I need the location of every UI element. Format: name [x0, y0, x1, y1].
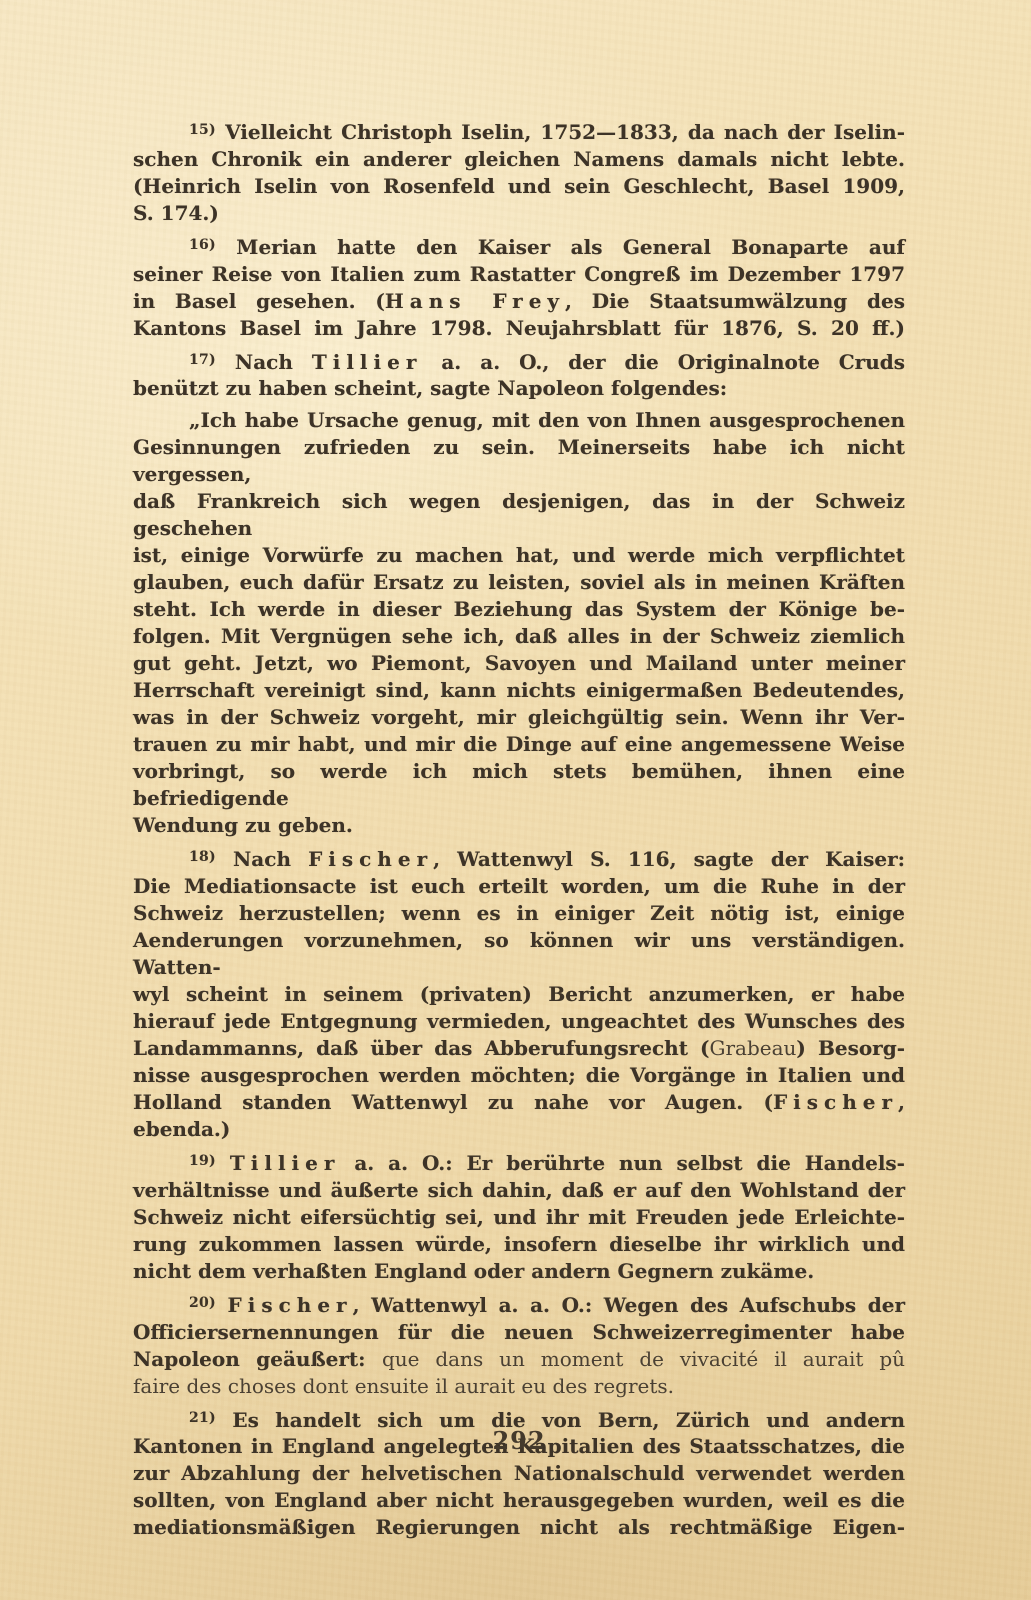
text-line: Napoleon geäußert: que dans un moment de…: [133, 1346, 905, 1373]
text-segment: Fischer: [228, 1293, 353, 1317]
footnote-number: 19): [189, 1153, 216, 1169]
text-line: (Heinrich Iselin von Rosenfeld und sein …: [133, 173, 905, 200]
text-segment: mediationsmäßigen Regierungen nicht als …: [133, 1515, 905, 1539]
text-segment: Landammanns, daß über das Abberufungsrec…: [133, 1036, 710, 1060]
text-segment: Fischer: [773, 1090, 898, 1114]
text-segment: Schweiz herzustellen; wenn es in einiger…: [133, 901, 905, 925]
text-segment: ist, einige Vorwürfe zu machen hat, und …: [133, 543, 905, 567]
text-line: „Ich habe Ursache genug, mit den von Ihn…: [133, 407, 905, 434]
text-segment: trauen zu mir habt, und mir die Dinge au…: [133, 732, 905, 756]
text-line: 18) Nach Fischer, Wattenwyl S. 116, sagt…: [133, 844, 905, 873]
text-segment: rung zukommen lassen würde, insofern die…: [133, 1232, 905, 1256]
text-segment: Merian hatte den Kaiser als General Bona…: [216, 235, 905, 259]
text-line: seiner Reise von Italien zum Rastatter C…: [133, 261, 905, 288]
text-segment: a. a. O., der die Originalnote Cruds: [422, 349, 905, 373]
text-line: Officiersernennungen für die neuen Schwe…: [133, 1319, 905, 1346]
text-segment: schen Chronik ein anderer gleichen Namen…: [133, 147, 905, 171]
text-segment: faire des choses dont ensuite il aurait …: [133, 1374, 674, 1398]
text-segment: Gesinnungen zufrieden zu sein. Meinersei…: [133, 435, 905, 486]
text-line: Die Mediationsacte ist euch erteilt word…: [133, 873, 905, 900]
text-segment: Napoleon geäußert:: [133, 1347, 382, 1371]
text-segment: Officiersernennungen für die neuen Schwe…: [133, 1320, 905, 1344]
text-line: Holland standen Wattenwyl zu nahe vor Au…: [133, 1089, 905, 1143]
text-segment: (Heinrich Iselin von Rosenfeld und sein …: [133, 174, 905, 198]
text-segment: sollten, von England aber nicht herausge…: [133, 1488, 905, 1512]
text-segment: S. 174.): [133, 201, 219, 225]
text-line: 15) Vielleicht Christoph Iselin, 1752—18…: [133, 117, 905, 146]
text-segment: [216, 1151, 230, 1175]
text-segment: Vielleicht Christoph Iselin, 1752—1833, …: [216, 120, 905, 144]
text-line: hierauf jede Entgegnung vermieden, ungea…: [133, 1008, 905, 1035]
text-line: glauben, euch dafür Ersatz zu leisten, s…: [133, 569, 905, 596]
footnotes-text: 15) Vielleicht Christoph Iselin, 1752—18…: [133, 117, 905, 1541]
text-segment: nicht dem verhaßten England oder andern …: [133, 1259, 814, 1283]
text-segment: zur Abzahlung der helvetischen Nationals…: [133, 1461, 905, 1485]
text-segment: que dans un moment de vivacité il aurait…: [382, 1347, 905, 1371]
footnote-number: 16): [189, 237, 216, 253]
text-line: was in der Schweiz vorgeht, mir gleichgü…: [133, 704, 905, 731]
text-segment: Holland standen Wattenwyl zu nahe vor Au…: [133, 1090, 773, 1114]
text-segment: Nach: [216, 847, 308, 871]
text-segment: Schweiz nicht eifersüchtig sei, und ihr …: [133, 1205, 905, 1229]
text-segment: Hans Frey: [385, 289, 565, 313]
text-line: mediationsmäßigen Regierungen nicht als …: [133, 1514, 905, 1541]
text-segment: glauben, euch dafür Ersatz zu leisten, s…: [133, 570, 905, 594]
text-segment: benützt zu haben scheint, sagte Napoleon…: [133, 376, 727, 400]
page-number-container: 292: [133, 1426, 905, 1455]
text-line: Schweiz nicht eifersüchtig sei, und ihr …: [133, 1204, 905, 1231]
footnote-20: 20) Fischer, Wattenwyl a. a. O.: Wegen d…: [133, 1290, 905, 1400]
text-segment: was in der Schweiz vorgeht, mir gleichgü…: [133, 705, 905, 729]
text-line: S. 174.): [133, 200, 905, 227]
text-line: Kantons Basel im Jahre 1798. Neujahrsbla…: [133, 315, 905, 342]
text-line: nicht dem verhaßten England oder andern …: [133, 1258, 905, 1285]
footnote-15: 15) Vielleicht Christoph Iselin, 1752—18…: [133, 117, 905, 227]
text-segment: Tillier: [230, 1151, 341, 1175]
text-segment: , Wattenwyl a. a. O.: Wegen des Aufschub…: [353, 1293, 905, 1317]
text-line: benützt zu haben scheint, sagte Napoleon…: [133, 375, 905, 402]
text-segment: Fischer: [308, 847, 433, 871]
text-segment: hierauf jede Entgegnung vermieden, ungea…: [133, 1009, 905, 1033]
text-segment: , Die Staatsumwälzung des: [565, 289, 905, 313]
text-line: zur Abzahlung der helvetischen Nationals…: [133, 1460, 905, 1487]
footnote-17: 17) Nach Tillier a. a. O., der die Origi…: [133, 347, 905, 403]
text-line: nisse ausgesprochen werden möchten; die …: [133, 1062, 905, 1089]
text-segment: nisse ausgesprochen werden möchten; die …: [133, 1063, 905, 1087]
text-line: schen Chronik ein anderer gleichen Namen…: [133, 146, 905, 173]
text-line: 20) Fischer, Wattenwyl a. a. O.: Wegen d…: [133, 1290, 905, 1319]
page-number: 292: [492, 1426, 545, 1455]
text-line: trauen zu mir habt, und mir die Dinge au…: [133, 731, 905, 758]
text-segment: verhältnisse und äußerte sich dahin, daß…: [133, 1178, 905, 1202]
book-page: 15) Vielleicht Christoph Iselin, 1752—18…: [0, 0, 1031, 1600]
text-segment: steht. Ich werde in dieser Beziehung das…: [133, 597, 905, 621]
text-segment: Herrschaft vereinigt sind, kann nichts e…: [133, 678, 905, 702]
text-line: Schweiz herzustellen; wenn es in einiger…: [133, 900, 905, 927]
text-segment: seiner Reise von Italien zum Rastatter C…: [133, 262, 905, 286]
text-line: faire des choses dont ensuite il aurait …: [133, 1373, 905, 1400]
text-line: vorbringt, so werde ich mich stets bemüh…: [133, 758, 905, 812]
text-segment: [216, 1293, 228, 1317]
text-segment: Die Mediationsacte ist euch erteilt word…: [133, 874, 905, 898]
text-segment: Wendung zu geben.: [133, 813, 353, 837]
text-line: rung zukommen lassen würde, insofern die…: [133, 1231, 905, 1258]
text-segment: , Wattenwyl S. 116, sagte der Kaiser:: [433, 847, 905, 871]
footnote-21: 21) Es handelt sich um die von Bern, Zür…: [133, 1405, 905, 1542]
text-line: daß Frankreich sich wegen desjenigen, da…: [133, 488, 905, 542]
text-line: steht. Ich werde in dieser Beziehung das…: [133, 596, 905, 623]
text-line: gut geht. Jetzt, wo Piemont, Savoyen und…: [133, 650, 905, 677]
text-line: sollten, von England aber nicht herausge…: [133, 1487, 905, 1514]
text-segment: Grabeau: [710, 1036, 797, 1060]
text-line: 17) Nach Tillier a. a. O., der die Origi…: [133, 347, 905, 376]
footnote-16: 16) Merian hatte den Kaiser als General …: [133, 232, 905, 342]
text-segment: gut geht. Jetzt, wo Piemont, Savoyen und…: [133, 651, 905, 675]
text-segment: Nach: [216, 349, 312, 373]
text-line: wyl scheint in seinem (privaten) Bericht…: [133, 981, 905, 1008]
text-line: 19) Tillier a. a. O.: Er berührte nun se…: [133, 1148, 905, 1177]
text-line: verhältnisse und äußerte sich dahin, daß…: [133, 1177, 905, 1204]
footnote-number: 17): [189, 352, 216, 368]
text-line: 16) Merian hatte den Kaiser als General …: [133, 232, 905, 261]
text-segment: Aenderungen vorzunehmen, so können wir u…: [133, 928, 905, 979]
footnote-number: 18): [189, 849, 216, 865]
text-segment: wyl scheint in seinem (privaten) Bericht…: [133, 982, 905, 1006]
text-segment: ) Besorg-: [796, 1036, 905, 1060]
text-segment: „Ich habe Ursache genug, mit den von Ihn…: [189, 408, 905, 432]
text-line: Landammanns, daß über das Abberufungsrec…: [133, 1035, 905, 1062]
text-line: Gesinnungen zufrieden zu sein. Meinersei…: [133, 434, 905, 488]
text-segment: daß Frankreich sich wegen desjenigen, da…: [133, 489, 905, 540]
text-segment: vorbringt, so werde ich mich stets bemüh…: [133, 759, 905, 810]
footnote-number: 15): [189, 122, 216, 138]
footnote-17-quote: „Ich habe Ursache genug, mit den von Ihn…: [133, 407, 905, 839]
text-line: ist, einige Vorwürfe zu machen hat, und …: [133, 542, 905, 569]
text-segment: in Basel gesehen. (: [133, 289, 385, 313]
text-line: Aenderungen vorzunehmen, so können wir u…: [133, 927, 905, 981]
text-segment: Kantons Basel im Jahre 1798. Neujahrsbla…: [133, 316, 905, 340]
text-segment: Tillier: [312, 349, 423, 373]
footnote-19: 19) Tillier a. a. O.: Er berührte nun se…: [133, 1148, 905, 1285]
text-segment: a. a. O.: Er berührte nun selbst die Han…: [340, 1151, 905, 1175]
footnote-number: 20): [189, 1295, 216, 1311]
text-line: Herrschaft vereinigt sind, kann nichts e…: [133, 677, 905, 704]
text-line: Wendung zu geben.: [133, 812, 905, 839]
text-line: in Basel gesehen. (Hans Frey, Die Staats…: [133, 288, 905, 315]
text-line: folgen. Mit Vergnügen sehe ich, daß alle…: [133, 623, 905, 650]
footnote-18: 18) Nach Fischer, Wattenwyl S. 116, sagt…: [133, 844, 905, 1143]
text-segment: folgen. Mit Vergnügen sehe ich, daß alle…: [133, 624, 905, 648]
footnote-number: 21): [189, 1410, 216, 1426]
